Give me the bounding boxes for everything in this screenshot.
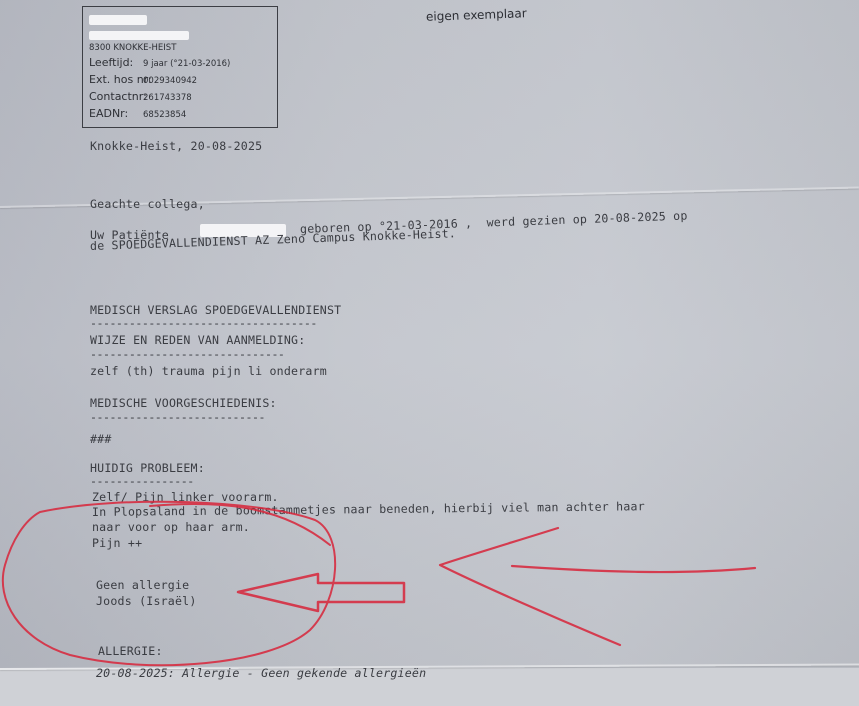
religion-note: Joods (Israël) [96,594,197,608]
contact-number-row: Contactnr:261743378 [89,90,192,103]
history-heading: MEDISCHE VOORGESCHIEDENIS: [90,396,277,410]
patient-info-box: 8300 KNOKKE-HEIST Leeftijd:9 jaar (°21-0… [82,6,278,128]
reason-text: zelf (th) trauma pijn li onderarm [90,364,327,378]
divider: ---------------- [90,474,194,488]
allergy-note: Geen allergie [96,578,189,592]
eadnr-row: EADNr:68523854 [89,107,186,120]
divider: ----------------------------------- [90,316,317,330]
age-row: Leeftijd:9 jaar (°21-03-2016) [89,56,230,69]
history-text: ### [90,432,112,446]
problem-line: Pijn ++ [92,536,142,550]
hospital-number-row: Ext. hos nr:0029340942 [89,73,197,86]
allergy-heading: ALLERGIE: [98,644,163,658]
patient-city: 8300 KNOKKE-HEIST [89,43,176,53]
report-title: MEDISCH VERSLAG SPOEDGEVALLENDIENST [90,303,341,317]
problem-line: Zelf/ Pijn linker voorarm. [92,490,279,504]
copy-label: eigen exemplaar [426,6,527,24]
allergy-entry: 20-08-2025: Allergie - Geen gekende alle… [96,666,426,680]
divider: --------------------------- [90,410,265,424]
reason-heading: WIJZE EN REDEN VAN AANMELDING: [90,333,305,347]
drawn-arrow-head-icon [440,528,620,645]
problem-heading: HUIDIG PROBLEEM: [90,461,205,475]
outlined-arrow-icon [238,574,404,611]
salutation: Geachte collega, [90,197,205,211]
problem-line: naar voor op haar arm. [92,520,250,534]
document-page: 8300 KNOKKE-HEIST Leeftijd:9 jaar (°21-0… [0,0,859,706]
divider: ------------------------------ [90,347,284,361]
drawn-arrow-shaft-icon [512,566,755,572]
redacted-name [89,15,147,25]
place-date: Knokke-Heist, 20-08-2025 [90,139,262,153]
redacted-address [89,31,189,40]
